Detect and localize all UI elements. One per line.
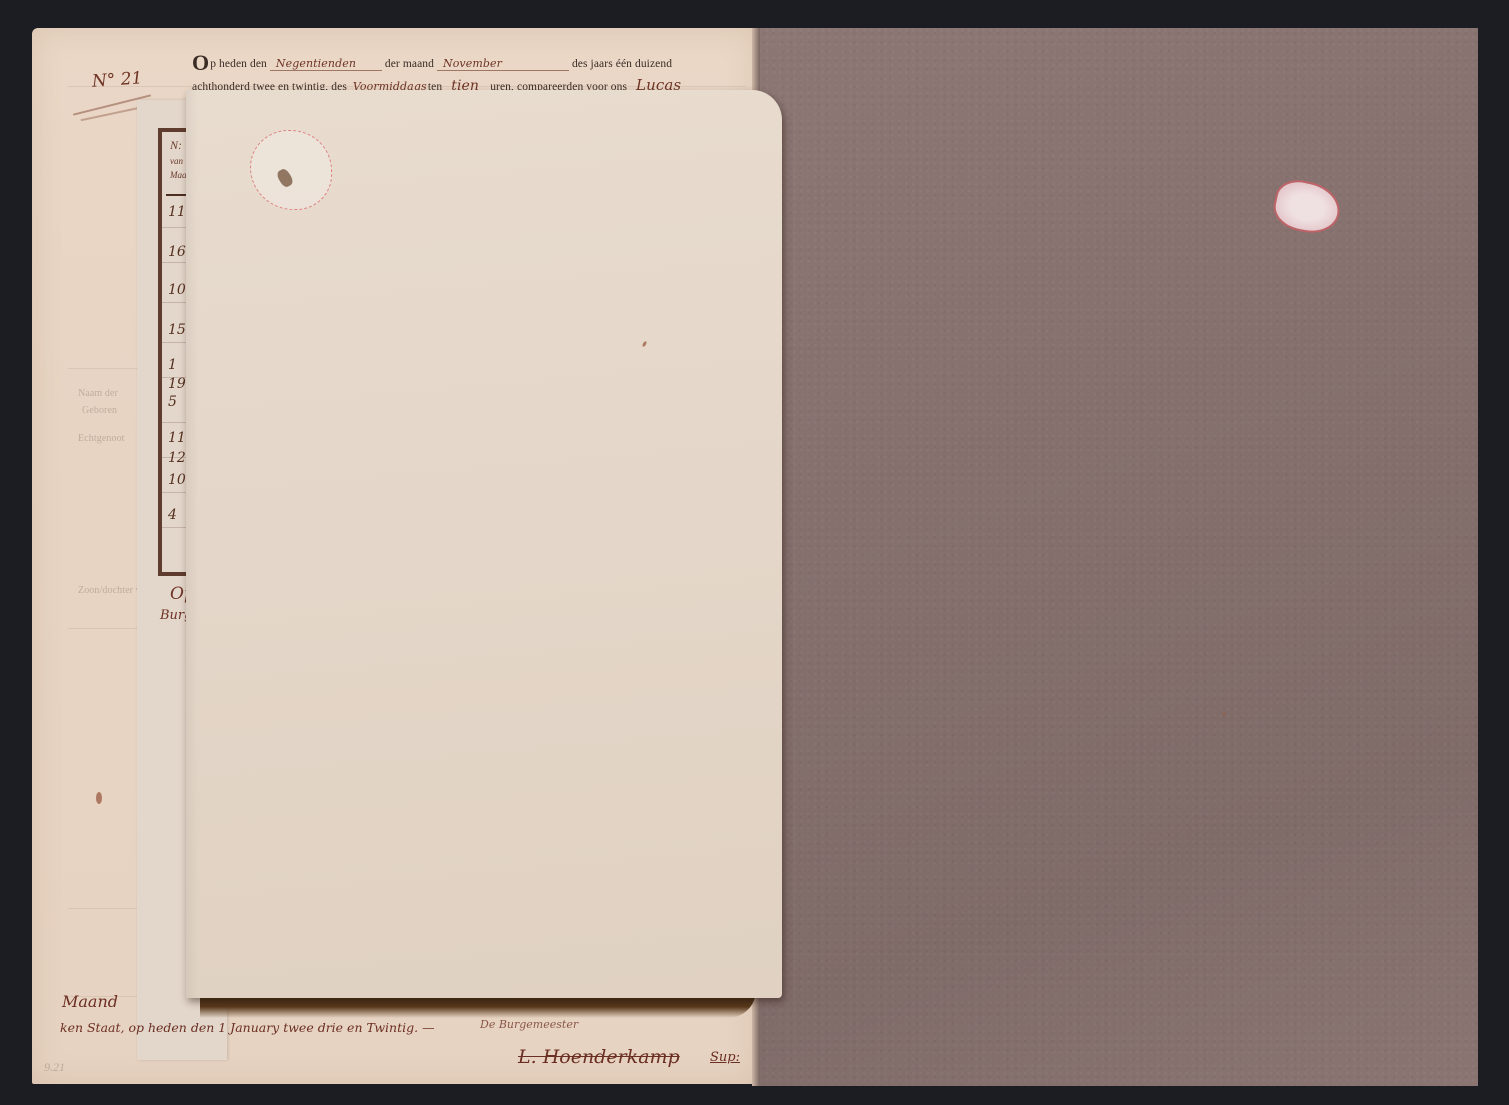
bottom-handwriting-line-1: Maand	[62, 992, 118, 1011]
printed-text: der maand	[385, 58, 434, 70]
right-cover-page	[758, 28, 1478, 1086]
stain-spot	[1222, 712, 1226, 716]
header-line-1: Op heden den Negentienden der maand Nove…	[192, 50, 672, 76]
signature: L. Hoenderkamp	[518, 1046, 680, 1068]
overlay-blank-sheet	[186, 90, 782, 998]
dropcap: O	[192, 50, 209, 75]
mayor-title: De Burgemeester	[480, 1018, 578, 1031]
table-header: N:	[170, 138, 182, 153]
faint-label: Echtgenoot	[78, 433, 125, 444]
faint-label: Naam der	[78, 388, 118, 399]
bottom-handwriting-line-2: ken Staat, op heden den 1 January twee d…	[60, 1020, 435, 1035]
page-reference: 9.21	[44, 1060, 65, 1075]
faint-label: Geboren	[82, 405, 117, 416]
handwritten-month: November	[437, 57, 569, 71]
table-header: van	[170, 156, 183, 166]
seal-tear	[275, 167, 294, 189]
signature-suffix: Sup:	[710, 1050, 740, 1065]
printed-text: p heden den	[210, 58, 267, 70]
printed-text: des jaars één duizend	[572, 58, 672, 70]
entry-number: N° 21	[91, 68, 143, 91]
stain-spot	[96, 792, 102, 804]
handwritten-day: Negentienden	[270, 57, 382, 71]
